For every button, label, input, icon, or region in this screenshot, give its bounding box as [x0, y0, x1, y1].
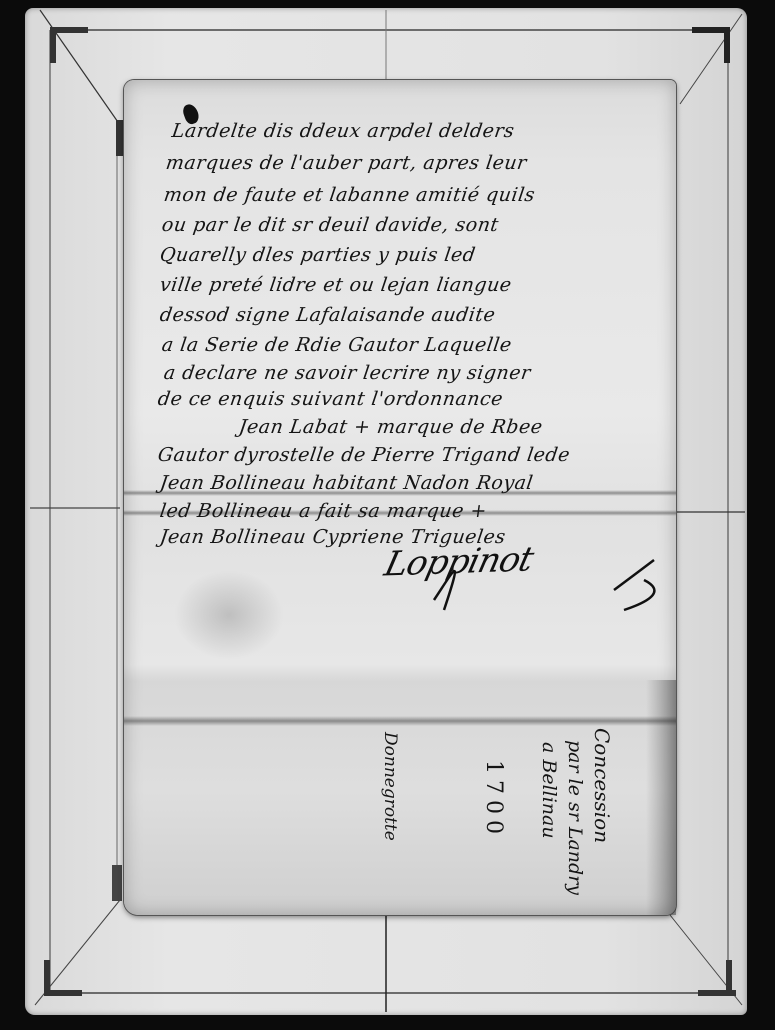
text-line: Jean Labat + marque de Rbee [237, 416, 544, 438]
edge-shadow [646, 680, 676, 915]
text-line: de ce enquis suivant l'ordonnance [156, 388, 504, 410]
endorsement-line: Concession [590, 728, 614, 843]
signature-flourish [404, 540, 674, 620]
endorsement-line: par le sr Landry [564, 740, 586, 895]
text-line: dessod signe Lafalaisande audite [158, 304, 496, 326]
endorsement-line: a Bellinau [538, 742, 560, 839]
manuscript-page: Lardelte dis ddeux arpdel delders marque… [124, 80, 676, 915]
endorsement-year: 1700 [481, 760, 506, 840]
endorsement-left-note: Donnegrotte [380, 732, 400, 841]
text-line: a declare ne savoir lecrire ny signer [162, 362, 532, 384]
text-line: ou par le dit sr deuil davide, sont [160, 214, 500, 236]
text-line: a la Serie de Rdie Gautor Laquelle [160, 334, 513, 356]
text-line: Lardelte dis ddeux arpdel delders [170, 120, 515, 142]
water-stain [174, 570, 284, 660]
fold-line [124, 716, 676, 726]
text-line: Quarelly dles parties y puis led [158, 244, 477, 266]
text-line: ville preté lidre et ou lejan liangue [158, 274, 513, 296]
text-line: marques de l'auber part, apres leur [164, 152, 528, 174]
text-line: Jean Bollineau habitant Nadon Royal [158, 472, 534, 494]
text-line: mon de faute et labanne amitié quils [162, 184, 536, 206]
text-line: Gautor dyrostelle de Pierre Trigand lede [156, 444, 571, 466]
text-line: led Bollineau a fait sa marque + [158, 500, 488, 522]
